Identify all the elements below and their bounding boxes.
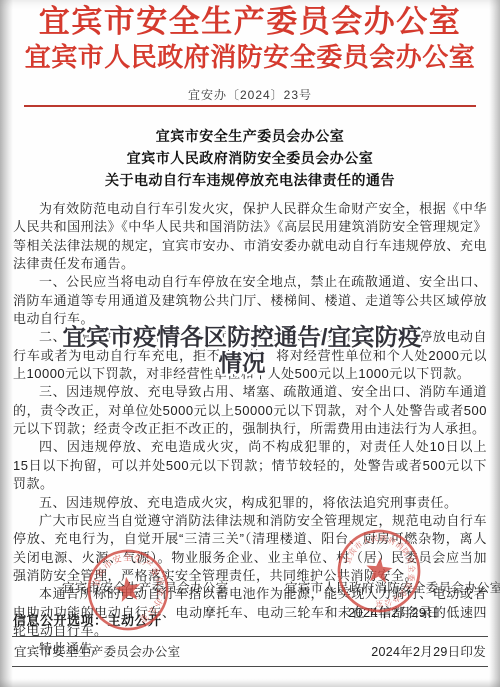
body-paragraph: 为有效防范电动自行车引发火灾，保护人民群众生命财产安全，根据《中华人民共和国刑法… — [13, 200, 487, 273]
body-paragraph: 一、公民应当将电动自行车停放在安全地点，禁止在疏散通道、安全出口、消防车通道等专… — [13, 273, 487, 328]
page-edge-shadow — [0, 679, 500, 687]
document-title: 宜宾市安全生产委员会办公室 宜宾市人民政府消防安全委员会办公室 关于电动自行车违… — [0, 125, 500, 191]
red-divider — [24, 105, 476, 107]
document-page: 宜宾市安全生产委员会办公室 宜宾市人民政府消防安全委员会办公室 宜安办〔2024… — [0, 0, 500, 687]
footer-print-date: 2024年2月29日印发 — [371, 642, 486, 660]
body-paragraph: 二、在高层民用建筑的公共门厅、疏散走道、楼梯间、安全出口停放电动自行车或者为电动… — [13, 328, 487, 383]
page-edge-shadow — [0, 0, 13, 687]
document-footer: 信息公开选项：主动公开 宜宾市安全生产委员会办公室 2024年2月29日印发 — [0, 610, 500, 667]
footer-divider — [12, 636, 488, 637]
title-line-3: 关于电动自行车违规停放充电法律责任的通告 — [0, 169, 500, 191]
title-line-2: 宜宾市人民政府消防安全委员会办公室 — [0, 147, 500, 169]
doc-number: 宜安办〔2024〕23号 — [0, 88, 500, 102]
signature-right-org: 宜宾市人民政府消防安全委员会办公室 — [285, 578, 500, 596]
title-line-1: 宜宾市安全生产委员会办公室 — [0, 125, 500, 147]
masthead-line-2: 宜宾市人民政府消防安全委员会办公室 — [0, 40, 500, 74]
signature-left-org: 宜宾市安全生产委员会办公室 — [62, 578, 228, 596]
masthead: 宜宾市安全生产委员会办公室 宜宾市人民政府消防安全委员会办公室 — [0, 0, 500, 74]
body-paragraph: 广大市民应当自觉遵守消防法律法规和消防安全管理规定，规范电动自行车停放、充电行为… — [13, 512, 487, 585]
masthead-line-1: 宜宾市安全生产委员会办公室 — [0, 3, 500, 40]
disclosure-option: 信息公开选项：主动公开 — [13, 610, 500, 629]
footer-issuer: 宜宾市安全生产委员会办公室 — [14, 642, 180, 660]
footer-divider — [12, 666, 488, 667]
body-paragraph: 五、因违规停放、充电造成火灾，构成犯罪的，将依法追究刑事责任。 — [13, 494, 487, 512]
body-paragraph: 四、因违规停放、充电造成火灾，尚不构成犯罪的，对责任人处10日以上15日以下拘留… — [13, 438, 487, 493]
body-paragraph: 三、因违规停放、充电导致占用、堵塞、疏散通道、安全出口、消防车通道的，责令改正，… — [13, 383, 487, 438]
